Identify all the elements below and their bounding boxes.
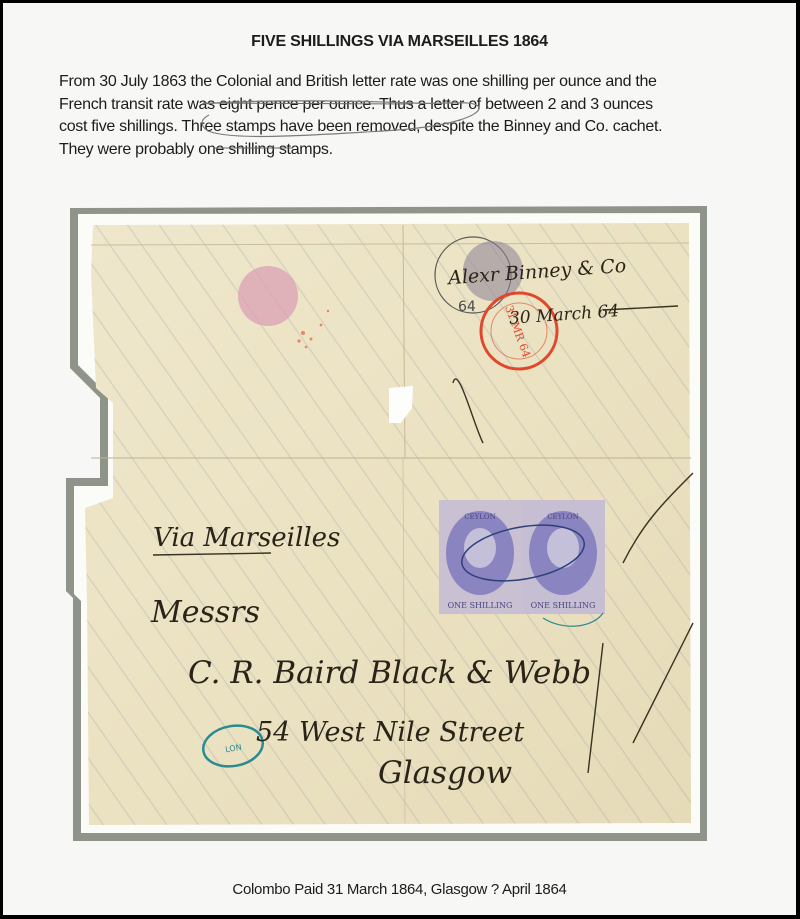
cover-caption: Colombo Paid 31 March 1864, Glasgow ? Ap… [3, 881, 796, 898]
handwritten-salutation: Messrs [151, 595, 260, 630]
svg-text:64: 64 [458, 299, 476, 315]
svg-text:ONE SHILLING: ONE SHILLING [531, 601, 596, 610]
handwritten-street: 54 West Nile Street [256, 717, 524, 748]
svg-text:CEYLON: CEYLON [547, 513, 579, 521]
album-page: FIVE SHILLINGS VIA MARSEILLES 1864 From … [3, 3, 796, 915]
handwritten-city: Glasgow [378, 755, 512, 791]
svg-text:CEYLON: CEYLON [464, 513, 496, 521]
handwritten-route: Via Marseilles [153, 523, 340, 553]
svg-text:ONE SHILLING: ONE SHILLING [448, 601, 513, 610]
handwritten-addressee: C. R. Baird Black & Webb [188, 655, 591, 691]
